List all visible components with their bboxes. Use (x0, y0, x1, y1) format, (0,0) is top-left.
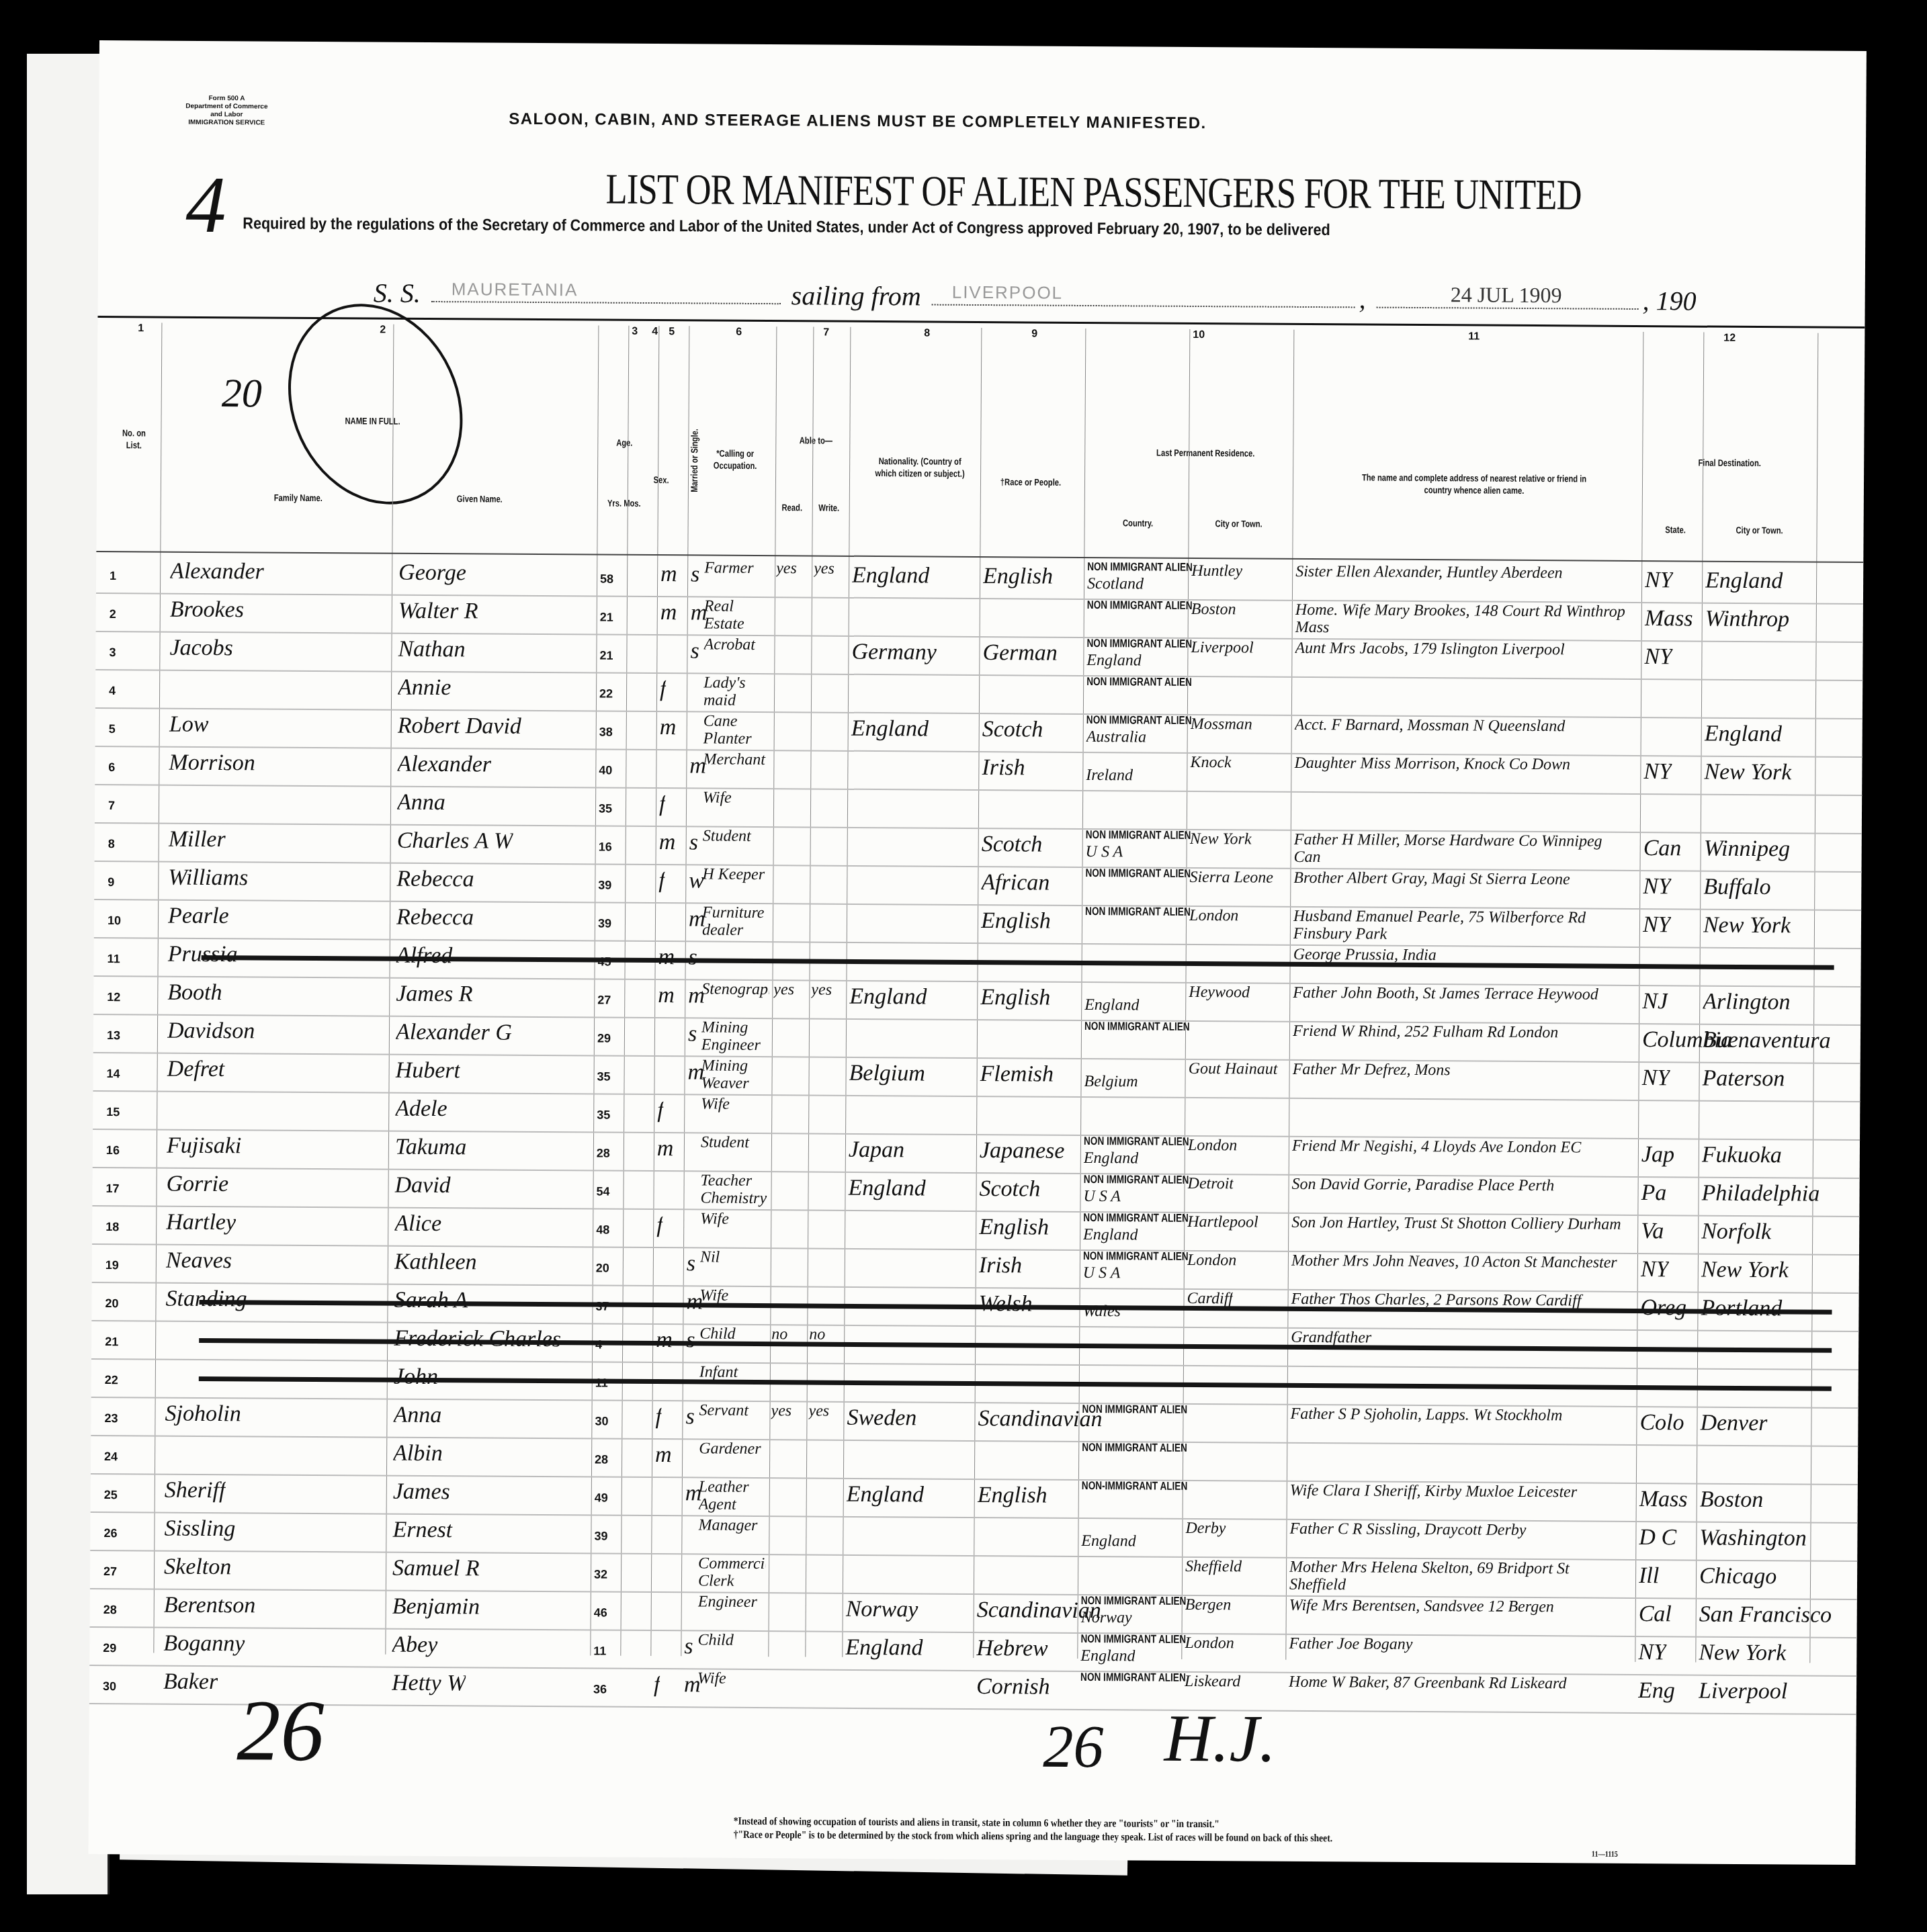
col-number: 9 (1031, 328, 1037, 340)
cell-age: 16 (599, 840, 612, 854)
cell-city: London (1185, 1634, 1234, 1652)
cell-relative: Father Joe Bogany (1289, 1635, 1625, 1655)
cell-write: yes (814, 560, 834, 578)
tally-mark-left: 26 (237, 1680, 325, 1782)
cell-occupation: H Keeper (702, 866, 769, 884)
cell-sex: m (660, 715, 677, 740)
cell-relative: Father Mr Defrez, Mons (1293, 1061, 1629, 1080)
cell-relative: Father S P Sjoholin, Lapps. Wt Stockholm (1290, 1405, 1626, 1425)
cell-occupation: Lady's maid (703, 674, 771, 710)
cell-given: Benjamin (392, 1594, 480, 1620)
cell-relative: Wife Clara I Sheriff, Kirby Muxloe Leice… (1290, 1482, 1626, 1501)
cell-read: yes (776, 560, 797, 577)
cell-ms: s (689, 830, 698, 855)
cell-relative: Husband Emanuel Pearle, 75 Wilberforce R… (1293, 908, 1629, 945)
cell-dest-city: Denver (1700, 1411, 1767, 1437)
cell-occupation: Student (703, 828, 770, 846)
cell-sex: m (658, 983, 675, 1008)
cell-given: Hubert (396, 1058, 461, 1084)
cell-given: Rebecca (396, 867, 474, 893)
cell-family: Davidson (167, 1018, 255, 1045)
cell-dest-city: San Francisco (1699, 1602, 1832, 1628)
cell-status: NON IMMIGRANT ALIEN (1084, 1020, 1190, 1034)
cell-given: Alice (394, 1211, 441, 1237)
cell-state: Mass (1639, 1487, 1688, 1512)
cell-nationality: Japan (849, 1137, 904, 1163)
cell-ms: s (688, 1021, 697, 1047)
cell-given: Samuel R (392, 1556, 480, 1582)
cell-ms: s (687, 1251, 695, 1276)
cell-state: Va (1641, 1219, 1664, 1244)
cell-given: James R (396, 981, 472, 1008)
cell-state: NY (1638, 1640, 1666, 1665)
header-name-in-full: NAME IN FULL. (313, 414, 431, 427)
cell-nationality: Germany (851, 640, 937, 666)
cell-occupation: Teacher Chemistry (700, 1172, 767, 1207)
cell-sex: m (660, 562, 677, 587)
cell-dest-city: New York (1703, 913, 1791, 939)
cell-age: 54 (596, 1185, 609, 1199)
cell-relative (1295, 678, 1631, 680)
cell-race: Scotch (979, 1176, 1040, 1202)
cell-country: Ireland (1086, 766, 1133, 784)
cell-state: NY (1643, 874, 1671, 899)
cell-city: Knock (1190, 754, 1231, 771)
cell-race: Irish (979, 1253, 1022, 1278)
col-number: 10 (1193, 329, 1205, 341)
cell-country: U S A (1083, 1264, 1121, 1282)
col-number: 5 (669, 326, 675, 338)
header-sex: Sex. (648, 474, 675, 486)
cell-dest-city: Boston (1700, 1487, 1764, 1513)
cell-occupation: Manager (698, 1516, 765, 1534)
cell-family: Prussia (168, 942, 238, 968)
cell-no: 7 (108, 799, 115, 813)
cell-relative: Son Jon Hartley, Trust St Shotton Collie… (1291, 1214, 1627, 1233)
cell-read: no (771, 1325, 787, 1343)
cell-relative: Brother Albert Gray, Magi St Sierra Leon… (1293, 869, 1629, 889)
cell-no: 25 (104, 1488, 118, 1502)
cell-no: 4 (109, 684, 116, 698)
cell-given: Hetty W (392, 1671, 466, 1697)
header-state: State. (1654, 523, 1697, 535)
cell-relative (1291, 1367, 1627, 1369)
cell-occupation: Gardener (699, 1440, 766, 1458)
department: Department of Commerce and Labor (179, 103, 273, 120)
cell-occupation: Farmer (704, 560, 771, 578)
cell-no: 1 (110, 569, 116, 583)
cell-status: NON IMMIGRANT ALIEN (1081, 1594, 1187, 1608)
cell-dest-city: Arlington (1703, 990, 1791, 1016)
col-number: 6 (736, 326, 742, 339)
cell-family: Boganny (163, 1631, 245, 1657)
header-calling: *Calling or Occupation. (697, 447, 773, 472)
cell-country: England (1084, 1149, 1138, 1167)
cell-family: Jacobs (169, 635, 233, 662)
header-given-name: Given Name. (426, 492, 533, 505)
cell-no: 5 (109, 722, 116, 736)
cell-occupation: Real Estate (704, 598, 771, 633)
cell-status: NON IMMIGRANT ALIEN (1087, 560, 1193, 574)
cell-city: Boston (1191, 601, 1236, 618)
date-field: 24 JUL 1909 (1377, 307, 1639, 310)
cell-city: Mossman (1191, 715, 1252, 734)
cell-no: 27 (103, 1565, 117, 1579)
cell-dest-city: Winnipeg (1704, 836, 1791, 863)
cell-given: Robert David (398, 713, 521, 740)
cell-status: NON IMMIGRANT ALIEN (1082, 1441, 1187, 1455)
cell-family: Gorrie (166, 1172, 228, 1198)
cell-given: Kathleen (394, 1249, 477, 1276)
cell-family: Brookes (170, 597, 244, 623)
cell-city: Liverpool (1191, 639, 1253, 657)
cell-no: 13 (107, 1028, 120, 1043)
cell-no: 23 (104, 1411, 118, 1425)
cell-city: Huntley (1191, 562, 1242, 580)
col-number: 7 (823, 327, 829, 339)
header-family-name: Family Name. (245, 491, 352, 504)
ship-line: S. S. MAURETANIA sailing from LIVERPOOL … (374, 277, 1697, 316)
cell-age: 38 (599, 726, 613, 740)
cell-relative: Sister Ellen Alexander, Huntley Aberdeen (1295, 563, 1631, 582)
cell-family: Sheriff (165, 1478, 226, 1504)
header-read: Read. (779, 501, 806, 513)
cell-status: NON IMMIGRANT ALIEN (1086, 828, 1191, 842)
cell-country: U S A (1083, 1188, 1121, 1205)
cell-given: Adele (395, 1096, 447, 1122)
cell-given: Abey (392, 1632, 437, 1658)
cell-age: 40 (599, 764, 612, 778)
cell-dest-city: Buffalo (1703, 875, 1770, 901)
cell-occupation: Mining Engineer (701, 1019, 769, 1055)
cell-relative (1290, 1444, 1626, 1446)
cell-state: NY (1645, 568, 1673, 593)
cell-occupation: Child (699, 1325, 767, 1343)
cell-country: England (1080, 1647, 1135, 1665)
ship-label: S. S. (374, 277, 421, 308)
cell-no: 16 (106, 1143, 120, 1157)
cell-race: Japanese (980, 1138, 1065, 1164)
cell-sex: f (656, 1213, 663, 1238)
strike-through-line (199, 1376, 1832, 1391)
cell-age: 20 (596, 1262, 609, 1276)
cell-occupation: Student (701, 1133, 768, 1151)
cell-age: 22 (599, 687, 613, 701)
col-number: 4 (652, 326, 658, 338)
cell-relative: Wife Mrs Berentsen, Sandsvee 12 Bergen (1289, 1597, 1625, 1616)
cell-family: Baker (163, 1669, 218, 1695)
cell-status: NON IMMIGRANT ALIEN (1085, 905, 1191, 919)
cell-status: NON IMMIGRANT ALIEN (1083, 1249, 1189, 1264)
header-country: Country. (1101, 517, 1176, 529)
cell-state: NY (1641, 1065, 1670, 1091)
cell-status: NON IMMIGRANT ALIEN (1084, 1135, 1189, 1149)
cell-age: 35 (597, 1108, 610, 1123)
cell-relative: Friend W Rhind, 252 Fulham Rd London (1293, 1022, 1629, 1042)
cell-state: NY (1643, 912, 1671, 938)
cell-city: Heywood (1189, 983, 1250, 1002)
ship-name: MAURETANIA (452, 279, 579, 300)
cell-nationality: England (851, 716, 929, 742)
cell-dest-city: England (1705, 721, 1782, 748)
cell-given: Anna (393, 1403, 441, 1428)
header-last-residence: Last Permanent Residence. (1141, 446, 1270, 459)
cell-family: Booth (167, 980, 222, 1006)
cell-nationality: England (847, 1482, 924, 1508)
cell-family: Defret (167, 1057, 225, 1083)
cell-relative: Son David Gorrie, Paradise Place Perth (1292, 1176, 1628, 1195)
cell-city: Hartlepool (1187, 1213, 1258, 1231)
cell-race: English (978, 1483, 1047, 1509)
form-code: 11—1115 (734, 1842, 1619, 1861)
cell-city: Cardiff (1187, 1290, 1234, 1307)
cell-state: Ill (1639, 1563, 1659, 1589)
cell-age: 11 (593, 1644, 606, 1659)
cell-age: 39 (594, 1530, 607, 1544)
cell-state: Jap (1641, 1142, 1674, 1168)
cell-age: 36 (593, 1683, 607, 1697)
cell-ms: s (685, 1404, 694, 1430)
cell-given: George (398, 560, 466, 586)
cell-state: NJ (1642, 989, 1668, 1014)
col-number: 11 (1468, 331, 1480, 343)
cell-relative: Father John Booth, St James Terrace Heyw… (1293, 984, 1629, 1004)
cell-city: Gout Hainaut (1189, 1060, 1278, 1078)
col-number: 3 (632, 326, 638, 338)
cell-status: NON IMMIGRANT ALIEN (1084, 1173, 1189, 1187)
cell-age: 39 (598, 879, 611, 893)
cell-relative: Mother Mrs Helena Skelton, 69 Bridport S… (1289, 1558, 1625, 1595)
cell-age: 32 (594, 1568, 607, 1582)
cell-race: Scotch (982, 717, 1043, 743)
cell-dest-city: Paterson (1702, 1066, 1785, 1092)
cell-age: 29 (597, 1032, 611, 1046)
form-identifier: Form 500 A Department of Commerce and La… (179, 95, 273, 128)
cell-country: England (1084, 996, 1139, 1014)
cell-city: Liskeard (1185, 1673, 1240, 1691)
cell-no: 30 (103, 1679, 116, 1694)
page-subtitle: Required by the regulations of the Secre… (243, 214, 1330, 240)
form-number: Form 500 A (179, 95, 273, 103)
cell-write: yes (811, 981, 832, 998)
cell-sex: m (659, 830, 676, 855)
cell-no: 29 (103, 1641, 116, 1655)
cell-relative: Friend Mr Negishi, 4 Lloyds Ave London E… (1292, 1137, 1628, 1157)
cell-no: 21 (105, 1335, 118, 1349)
cell-dest-city: New York (1701, 1258, 1789, 1284)
cell-country: England (1081, 1532, 1136, 1550)
cell-country: Australia (1086, 728, 1147, 746)
cell-status: NON IMMIGRANT ALIEN (1086, 637, 1192, 651)
cell-no: 10 (108, 914, 121, 928)
cell-occupation: Wife (703, 789, 770, 807)
cell-no: 9 (108, 875, 114, 889)
cell-race: Scotch (982, 832, 1043, 858)
cell-state: Can (1643, 836, 1682, 861)
cell-relative (1292, 1099, 1628, 1101)
cell-state: D C (1639, 1525, 1676, 1550)
cell-age: 27 (597, 994, 611, 1008)
cell-given: Walter R (398, 599, 478, 625)
cell-age: 30 (595, 1415, 608, 1429)
cell-relative: Mother Mrs John Neaves, 10 Acton St Manc… (1291, 1252, 1627, 1272)
cell-dest-city: Winthrop (1705, 607, 1790, 633)
cell-age: 46 (594, 1606, 607, 1620)
cell-dest-city: Chicago (1699, 1564, 1776, 1590)
cell-sex: f (657, 1098, 664, 1123)
cell-no: 12 (107, 990, 120, 1004)
cell-given: Alexander (397, 752, 491, 778)
header-age: Age. (608, 437, 640, 449)
cell-state: NY (1644, 644, 1672, 670)
cell-sex: f (660, 676, 667, 702)
cell-race: African (981, 870, 1050, 896)
cell-occupation: Commercial Clerk (698, 1554, 765, 1590)
cell-occupation: Nil (700, 1248, 767, 1266)
cell-age: 58 (600, 572, 613, 586)
cell-given: Albin (393, 1441, 443, 1466)
cell-state: Eng (1638, 1678, 1675, 1704)
cell-nationality: England (849, 984, 927, 1010)
cell-given: Annie (398, 675, 452, 701)
cell-sex: m (660, 600, 677, 625)
cell-state: Colo (1639, 1410, 1684, 1436)
cell-race: English (981, 908, 1051, 934)
cell-given: David (394, 1173, 450, 1199)
cell-sex: f (658, 868, 665, 893)
cell-given: Takuma (395, 1135, 467, 1161)
cell-nationality: England (852, 563, 929, 589)
cell-occupation: Child (697, 1631, 765, 1649)
cell-occupation: Stenographer (701, 981, 769, 999)
cell-dest-city: Philadelphia (1701, 1181, 1819, 1207)
cell-relative: Aunt Mrs Jacobs, 179 Islington Liverpool (1295, 640, 1631, 659)
cell-occupation (702, 942, 769, 943)
cell-family: Williams (168, 865, 248, 891)
cell-family: Sissling (164, 1516, 235, 1542)
cell-occupation: Wife (701, 1095, 768, 1113)
cell-no: 2 (110, 607, 116, 621)
header-city: City or Town. (1201, 517, 1277, 530)
cell-city: London (1189, 907, 1239, 924)
cell-city: Sheffield (1185, 1558, 1242, 1576)
cell-age: 39 (598, 917, 611, 931)
cell-no: 3 (109, 646, 116, 660)
page-title: LIST OR MANIFEST OF ALIEN PASSENGERS FOR… (605, 165, 1582, 220)
ship-name-field: MAURETANIA (431, 301, 781, 304)
cell-occupation: Wife (700, 1286, 767, 1305)
cell-ms: s (684, 1634, 693, 1659)
cell-occupation: Wife (697, 1669, 765, 1687)
header-race: †Race or People. (993, 476, 1068, 488)
cell-read: yes (773, 981, 794, 998)
cell-relative: Daughter Miss Morrison, Knock Co Down (1294, 754, 1630, 774)
cell-sex: m (657, 1136, 674, 1161)
header-final-destination: Final Destination. (1676, 456, 1783, 469)
header-no-on-list: No. on List. (115, 427, 153, 451)
cell-dest-city: New York (1699, 1640, 1786, 1667)
cell-city: London (1187, 1252, 1237, 1269)
cell-nationality: England (848, 1176, 925, 1202)
cell-age: 35 (599, 802, 612, 816)
cell-status: NON-IMMIGRANT ALIEN (1082, 1479, 1188, 1493)
cell-race: Hebrew (976, 1636, 1048, 1662)
cell-country: Scotland (1087, 575, 1144, 593)
cell-no: 18 (105, 1220, 119, 1234)
port-name: LIVERPOOL (952, 282, 1064, 304)
header-dest-city: City or Town. (1719, 524, 1800, 537)
cell-occupation: Engineer (698, 1593, 765, 1611)
cell-race: German (982, 640, 1058, 666)
col-number: 2 (380, 324, 386, 337)
cell-no: 20 (105, 1297, 118, 1311)
cell-no: 24 (104, 1450, 118, 1464)
cell-relative: Acct. F Barnard, Mossman N Queensland (1295, 716, 1631, 736)
cell-occupation: Cane Planter (703, 713, 771, 748)
cell-occupation: Furniture dealer (702, 904, 769, 940)
cell-race: Irish (982, 755, 1025, 781)
cell-given: Ernest (392, 1518, 452, 1544)
cell-state: NY (1641, 1257, 1669, 1282)
cell-age: 28 (595, 1453, 608, 1467)
cell-family: Miller (169, 827, 226, 853)
cell-race: English (983, 564, 1053, 590)
cell-race: English (980, 985, 1050, 1011)
cell-no: 15 (106, 1105, 120, 1119)
service: IMMIGRATION SERVICE (179, 119, 273, 128)
cell-occupation: Mining Weaver (701, 1057, 768, 1093)
cell-state: Pa (1641, 1180, 1666, 1206)
cell-race: Cornish (976, 1674, 1050, 1700)
header-yrs-mos: Yrs. Mos. (600, 497, 648, 509)
cell-occupation: Servant (699, 1401, 766, 1419)
cell-no: 17 (105, 1182, 119, 1196)
cell-family: Hartley (166, 1210, 236, 1236)
handwritten-page-mark: 4 (185, 159, 226, 251)
cell-status: NON IMMIGRANT ALIEN (1086, 713, 1192, 728)
cell-family: Sjoholin (165, 1401, 241, 1428)
cell-dest-city: Norfolk (1701, 1219, 1771, 1245)
cell-ms: s (690, 638, 699, 664)
cell-dest-city: Buenaventura (1703, 1028, 1831, 1054)
cell-no: 28 (103, 1603, 117, 1617)
cell-given: Anna (397, 790, 445, 816)
cell-given: Alexander G (396, 1020, 512, 1046)
cell-no: 14 (107, 1067, 120, 1081)
cell-race: English (979, 1215, 1049, 1241)
cell-given: Charles A W (397, 828, 513, 854)
tally-mark-middle: 26 (1043, 1712, 1104, 1782)
cell-nationality: England (845, 1635, 923, 1661)
cell-age: 28 (597, 1147, 610, 1161)
cell-sex: m (655, 1442, 672, 1468)
cell-family: Alexander (170, 559, 264, 585)
cell-status: NON IMMIGRANT ALIEN (1083, 1211, 1189, 1225)
cell-status: NON IMMIGRANT ALIEN (1080, 1632, 1186, 1646)
cell-state: Mass (1645, 606, 1693, 631)
cell-city: New York (1190, 830, 1252, 848)
cell-relative: Father H Miller, Morse Hardware Co Winni… (1294, 831, 1630, 868)
cell-family: Morrison (169, 750, 255, 777)
cell-age: 48 (596, 1223, 609, 1237)
cell-nationality: Belgium (849, 1061, 926, 1087)
cell-age: 35 (597, 1070, 611, 1084)
cell-family: Low (169, 712, 209, 738)
cell-state: Cal (1639, 1601, 1672, 1627)
cell-family: Standing (165, 1286, 247, 1313)
cell-family: Fujisaki (167, 1133, 242, 1159)
year-suffix: 190 (1656, 286, 1697, 316)
